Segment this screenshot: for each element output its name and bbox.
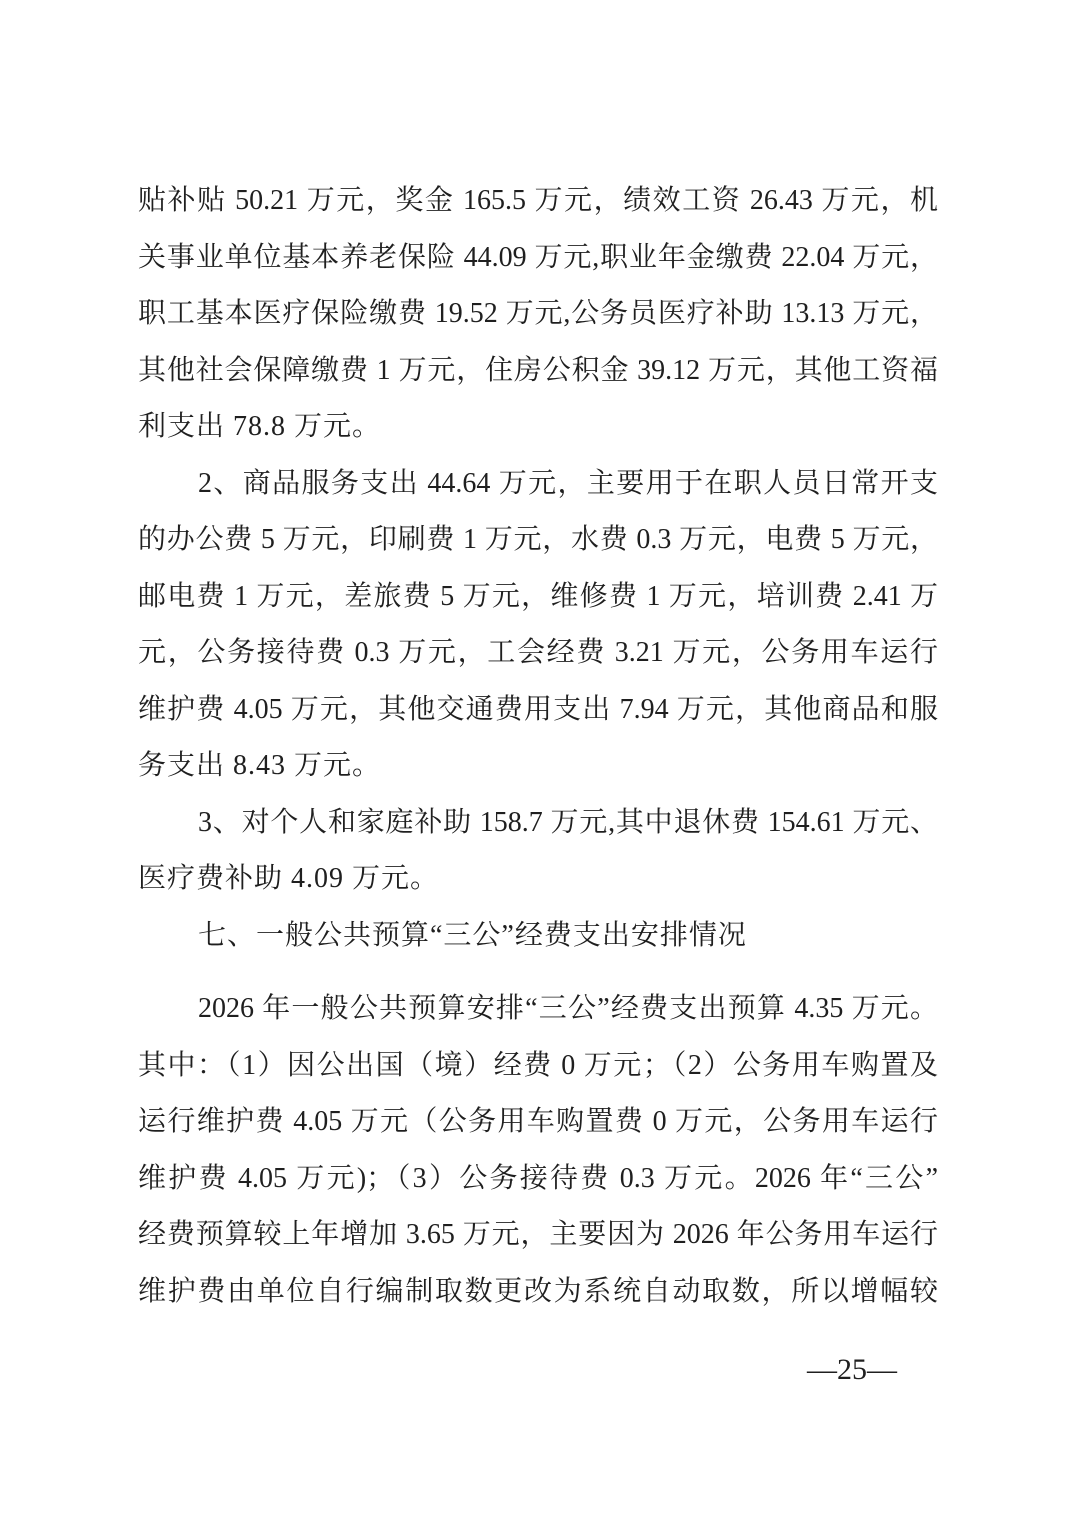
document-body: 贴补贴 50.21 万元，奖金 165.5 万元，绩效工资 26.43 万元，机… <box>138 173 938 1320</box>
text-line: 利支出 78.8 万元。 <box>138 399 938 456</box>
text-line: 邮电费 1 万元，差旅费 5 万元，维修费 1 万元，培训费 2.41 万 <box>138 569 938 626</box>
text-line: 医疗费补助 4.09 万元。 <box>138 851 938 908</box>
text-line: 贴补贴 50.21 万元，奖金 165.5 万元，绩效工资 26.43 万元，机 <box>138 173 938 230</box>
text-line: 维护费由单位自行编制取数更改为系统自动取数，所以增幅较 <box>138 1264 938 1321</box>
page-number: —25— <box>807 1352 897 1388</box>
text-line: 七、一般公共预算“三公”经费支出安排情况 <box>138 908 938 965</box>
text-line: 3、对个人和家庭补助 158.7 万元,其中退休费 154.61 万元、 <box>138 795 938 852</box>
text-line: 2、商品服务支出 44.64 万元，主要用于在职人员日常开支 <box>138 456 938 513</box>
text-line: 关事业单位基本养老保险 44.09 万元,职业年金缴费 22.04 万元， <box>138 230 938 287</box>
text-line: 2026 年一般公共预算安排“三公”经费支出预算 4.35 万元。 <box>138 981 938 1038</box>
paragraph-three-public-funds-detail: 2026 年一般公共预算安排“三公”经费支出预算 4.35 万元。其中：（1）因… <box>138 981 938 1320</box>
paragraph-salary-welfare-continuation: 贴补贴 50.21 万元，奖金 165.5 万元，绩效工资 26.43 万元，机… <box>138 173 938 456</box>
paragraph-heading-section-seven: 七、一般公共预算“三公”经费支出安排情况 <box>138 908 938 965</box>
text-line: 维护费 4.05 万元)；（3）公务接待费 0.3 万元。2026 年“三公” <box>138 1151 938 1208</box>
paragraph-goods-services-expenditure: 2、商品服务支出 44.64 万元，主要用于在职人员日常开支的办公费 5 万元，… <box>138 456 938 795</box>
text-line: 的办公费 5 万元，印刷费 1 万元，水费 0.3 万元，电费 5 万元， <box>138 512 938 569</box>
text-line: 元，公务接待费 0.3 万元，工会经费 3.21 万元，公务用车运行 <box>138 625 938 682</box>
text-line: 运行维护费 4.05 万元（公务用车购置费 0 万元，公务用车运行 <box>138 1094 938 1151</box>
document-page: 贴补贴 50.21 万元，奖金 165.5 万元，绩效工资 26.43 万元，机… <box>0 0 1074 1520</box>
paragraph-individual-family-subsidy: 3、对个人和家庭补助 158.7 万元,其中退休费 154.61 万元、医疗费补… <box>138 795 938 908</box>
text-line: 职工基本医疗保险缴费 19.52 万元,公务员医疗补助 13.13 万元， <box>138 286 938 343</box>
text-line: 经费预算较上年增加 3.65 万元，主要因为 2026 年公务用车运行 <box>138 1207 938 1264</box>
text-line: 其他社会保障缴费 1 万元，住房公积金 39.12 万元，其他工资福 <box>138 343 938 400</box>
text-line: 其中：（1）因公出国（境）经费 0 万元；（2）公务用车购置及 <box>138 1038 938 1095</box>
text-line: 务支出 8.43 万元。 <box>138 738 938 795</box>
text-line: 维护费 4.05 万元，其他交通费用支出 7.94 万元，其他商品和服 <box>138 682 938 739</box>
